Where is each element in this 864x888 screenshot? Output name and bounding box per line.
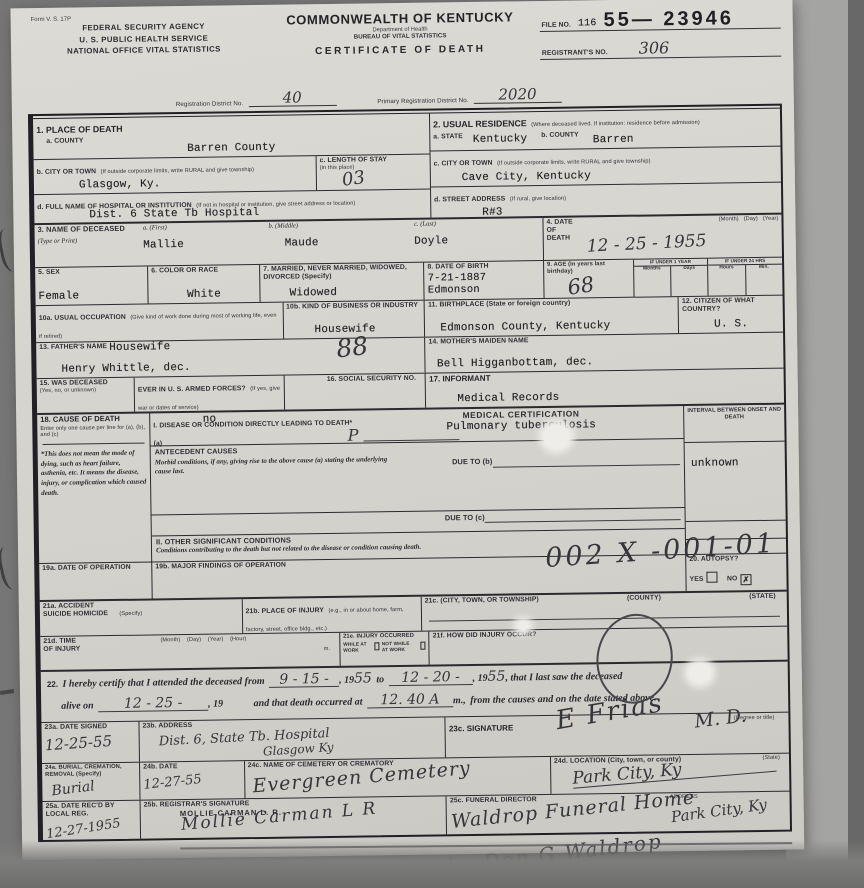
field-color-race: 6. COLOR OR RACE White [147,265,260,304]
not-while-at-work-checkbox [420,642,426,650]
scan-bottom-shadow [0,840,864,888]
value-citizen: U. S. [682,318,780,332]
value-death-city: Glasgow, Ky. [79,176,313,192]
field-cemetery-name: 24c. NAME OF CEMETERY OR CREMATORY Everg… [244,757,551,798]
field-occupation: 10a. USUAL OCCUPATION (Give kind of work… [36,303,283,342]
field-place-of-death: 1. PLACE OF DEATH a. COUNTY Barren Count… [33,114,430,224]
reg-district-label: Registration District No. [176,100,244,108]
hand-cause-a: P [348,426,460,444]
primary-district-value: 2020 [473,87,561,104]
field-was-deceased: 15. WAS DECEASED (Yes, no, or unknown) [37,378,135,413]
value-industry: Housewife [314,323,421,337]
field-signer-address: 23b. ADDRESS Dist. 6, State Tb. Hospital… [139,717,446,761]
primary-district-label: Primary Registration District No. [377,97,468,106]
field-birthplace: 11. BIRTHPLACE (State or foreign country… [424,297,678,337]
field-place-of-injury: 21b. PLACE OF INJURY (e.g., in or about … [241,597,421,633]
field-age: 9. AGE (In years last birthday) 68 [543,260,633,298]
scanned-death-certificate: { "header":{ "form_no":"Form V. S. 17P",… [0,0,864,888]
field-burial-type: 24a. BURIAL, CREMATION, REMOVAL (Specify… [42,763,140,801]
place-of-death-title: 1. PLACE OF DEATH [36,124,122,135]
field-time-of-injury: 21d. TIME OF INJURY (Month) (Day) (Year)… [40,633,339,670]
field-sex: 5. SEX Female [35,267,148,306]
field-usual-residence: 2. USUAL RESIDENCE (Where deceased lived… [429,109,781,218]
hand-attended-from: 9 - 15 - [269,672,339,688]
field-injury-city-county-state: 21c. (CITY, TOWN, OR TOWNSHIP) (COUNTY) … [421,592,787,631]
value-sex: Female [38,290,144,304]
hand-mark-88: 88 [335,333,370,362]
field-date-signed: 23a. DATE SIGNED 12-25-55 [41,722,139,763]
value-last-name: Doyle [414,234,540,248]
file-no-typed: 116 [578,18,597,30]
hand-circled-year: 55 [487,669,505,685]
field-date-of-birth: 8. DATE OF BIRTH 7-21-1887 Edmonson [423,261,543,300]
certificate-header: Form V. S. 17P FEDERAL SECURITY AGENCY U… [27,6,782,93]
registrant-no-value: 306 [639,40,670,56]
white-blot-small [518,621,528,630]
certificate-form: 1. PLACE OF DEATH a. COUNTY Barren Count… [28,104,792,842]
value-birth-note: Edmonson [428,283,541,297]
value-race: White [151,288,256,302]
value-residence-county: Barren [593,134,634,147]
field-informant: 17. INFORMANT Medical Records [425,369,784,408]
hand-attended-to: 12 - 20 - [388,670,472,686]
autopsy-no-checkbox-checked: ✗ [740,574,751,585]
field-date-of-operation: 19a. DATE OF OPERATION [39,562,152,600]
cause-footnote: *This does not mean the mode of dying, s… [41,449,148,499]
certificate-paper: Form V. S. 17P FEDERAL SECURITY AGENCY U… [10,0,804,860]
field-burial-date: 24b. DATE 12-27-55 [139,761,244,799]
autopsy-yes-checkbox [706,572,717,583]
reg-district-value: 40 [248,90,336,107]
field-father-name: 13. FATHER'S NAME Henry Whittle, dec. 88 [36,338,425,378]
pen-mark-left-dash [0,689,14,694]
hand-alive-on: 12 - 25 - [98,696,208,713]
value-first-name: Mallie [143,238,269,252]
field-accident-suicide-homicide: 21a. ACCIDENT SUICIDE HOMICIDE (Specify) [40,599,242,636]
field-name-of-deceased: 3. NAME OF DECEASED (Type or Print) a. (… [34,218,542,267]
field-mother-name: 14. MOTHER'S MAIDEN NAME Bell Higganbott… [425,333,784,373]
field-cause-of-death-sidebar: 18. CAUSE OF DEATH Enter only one cause … [37,413,151,563]
value-date-signed: 12-25-55 [44,733,136,754]
field-date-received: 25a. DATE REC'D BY LOCAL REG. 12-27-1955 [43,801,141,840]
file-no-stamp: 55— 23946 [603,9,734,29]
field-registrar-signature: 25b. REGISTRAR'S SIGNATURE MOLLIE CARMAN… [140,796,447,838]
field-injury-occurred: 21e. INJURY OCCURRED WHILE AT WORK NOT W… [339,632,429,666]
physician-degree: M. D. [693,707,747,732]
value-interval: unknown [691,457,739,470]
value-burial-date: 12-27-55 [143,769,241,792]
agency-line-3: NATIONAL OFFICE VITAL STATISTICS [27,43,261,58]
field-armed-forces: EVER IN U. S. ARMED FORCES? (If yes, giv… [134,376,284,412]
while-at-work-checkbox [374,642,380,650]
field-age-under-one: IF UNDER 1 YEAR Months Days IF UNDER 24 … [633,258,783,297]
value-marital: Widowed [289,286,420,300]
hand-death-time: 12. 40 A [367,692,453,708]
file-no-label: FILE NO. [541,21,571,30]
field-citizen: 12. CITIZEN OF WHAT COUNTRY? U. S. [678,296,783,333]
value-birthplace: Edmonson County, Kentucky [440,319,675,335]
value-residence-state: Kentucky [473,133,528,148]
certificate-title: CERTIFICATE OF DEATH [261,42,540,59]
morbid-note: Morbid conditions, if any, giving rise t… [155,456,404,477]
field-marital-status: 7. MARRIED, NEVER MARRIED, WIDOWED, DIVO… [259,263,424,302]
field-ssn: 16. SOCIAL SECURITY NO. [283,374,425,410]
field-signature: 23c. SIGNATURE (Degree or title) E Frias… [445,713,789,758]
value-middle-name: Maude [285,236,415,250]
field-date-of-death: 4. DATE OF DEATH (Month) (Day) (Year) 12… [542,215,782,260]
registrant-no-label: REGISTRANT'S NO. [542,49,608,58]
scanner-background-dark-band [848,0,864,888]
